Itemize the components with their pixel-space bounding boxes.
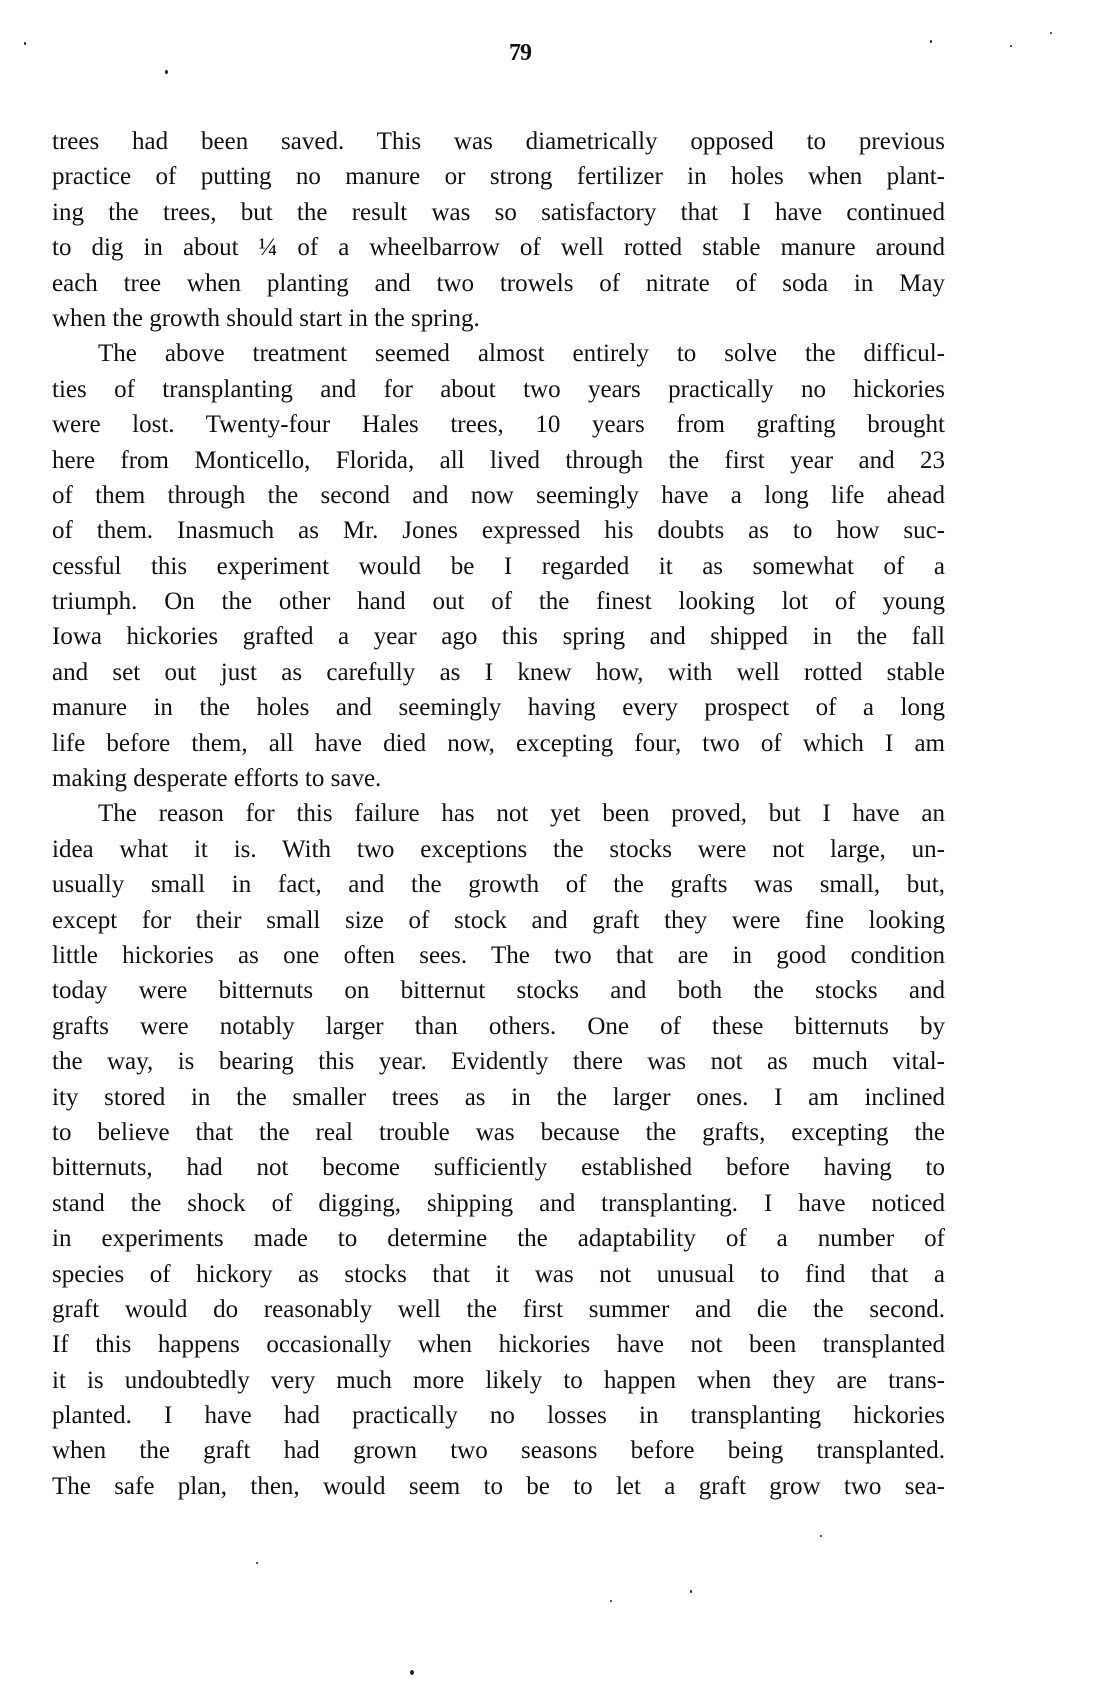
scan-speck <box>24 42 26 45</box>
text-line: graft would do reasonably well the first… <box>52 1292 945 1327</box>
text-line: planted. I have had practically no losse… <box>52 1398 945 1433</box>
text-line: each tree when planting and two trowels … <box>52 266 945 301</box>
text-line: grafts were notably larger than others. … <box>52 1009 945 1044</box>
text-line: practice of putting no manure or strong … <box>52 159 945 194</box>
scan-speck <box>410 1670 414 1675</box>
text-line: the way, is bearing this year. Evidently… <box>52 1044 945 1079</box>
scan-speck <box>820 1535 822 1537</box>
text-line: except for their small size of stock and… <box>52 903 945 938</box>
text-line: making desperate efforts to save. <box>52 761 945 796</box>
text-line: in experiments made to determine the ada… <box>52 1221 945 1256</box>
text-line: The safe plan, then, would seem to be to… <box>52 1469 945 1504</box>
text-line: cessful this experiment would be I regar… <box>52 549 945 584</box>
page-number: 79 <box>0 40 1040 67</box>
text-line: manure in the holes and seemingly having… <box>52 690 945 725</box>
text-line: today were bitternuts on bitternut stock… <box>52 973 945 1008</box>
text-line: and set out just as carefully as I knew … <box>52 655 945 690</box>
text-line: triumph. On the other hand out of the fi… <box>52 584 945 619</box>
text-line: usually small in fact, and the growth of… <box>52 867 945 902</box>
scan-speck <box>930 40 932 43</box>
scan-speck <box>1010 45 1012 47</box>
text-line: The above treatment seemed almost entire… <box>52 336 945 371</box>
text-line: little hickories as one often sees. The … <box>52 938 945 973</box>
text-line: here from Monticello, Florida, all lived… <box>52 443 945 478</box>
scanned-page: 79 trees had been saved. This was diamet… <box>0 0 1100 1699</box>
text-line: were lost. Twenty-four Hales trees, 10 y… <box>52 407 945 442</box>
scan-speck <box>610 1600 612 1602</box>
scan-speck <box>165 70 168 74</box>
text-line: of them. Inasmuch as Mr. Jones expressed… <box>52 513 945 548</box>
paragraph-1: trees had been saved. This was diametric… <box>52 124 945 336</box>
text-line: when the growth should start in the spri… <box>52 301 945 336</box>
text-line: The reason for this failure has not yet … <box>52 796 945 831</box>
scan-speck <box>690 1590 692 1593</box>
text-line: to believe that the real trouble was bec… <box>52 1115 945 1150</box>
text-line: ity stored in the smaller trees as in th… <box>52 1080 945 1115</box>
text-line: ties of transplanting and for about two … <box>52 372 945 407</box>
scan-speck <box>1050 32 1052 34</box>
scan-speck <box>256 1562 258 1564</box>
text-line: species of hickory as stocks that it was… <box>52 1257 945 1292</box>
text-line: Iowa hickories grafted a year ago this s… <box>52 619 945 654</box>
text-line: of them through the second and now seemi… <box>52 478 945 513</box>
text-line: when the graft had grown two seasons bef… <box>52 1433 945 1468</box>
text-line: If this happens occasionally when hickor… <box>52 1327 945 1362</box>
text-line: bitternuts, had not become sufficiently … <box>52 1150 945 1185</box>
text-line: life before them, all have died now, exc… <box>52 726 945 761</box>
text-line: ing the trees, but the result was so sat… <box>52 195 945 230</box>
text-line: idea what it is. With two exceptions the… <box>52 832 945 867</box>
paragraph-2: The above treatment seemed almost entire… <box>52 336 945 796</box>
paragraph-3: The reason for this failure has not yet … <box>52 796 945 1504</box>
text-line: it is undoubtedly very much more likely … <box>52 1363 945 1398</box>
text-line: trees had been saved. This was diametric… <box>52 124 945 159</box>
text-line: to dig in about ¼ of a wheelbarrow of we… <box>52 230 945 265</box>
body-text: trees had been saved. This was diametric… <box>52 124 945 1504</box>
text-line: stand the shock of digging, shipping and… <box>52 1186 945 1221</box>
